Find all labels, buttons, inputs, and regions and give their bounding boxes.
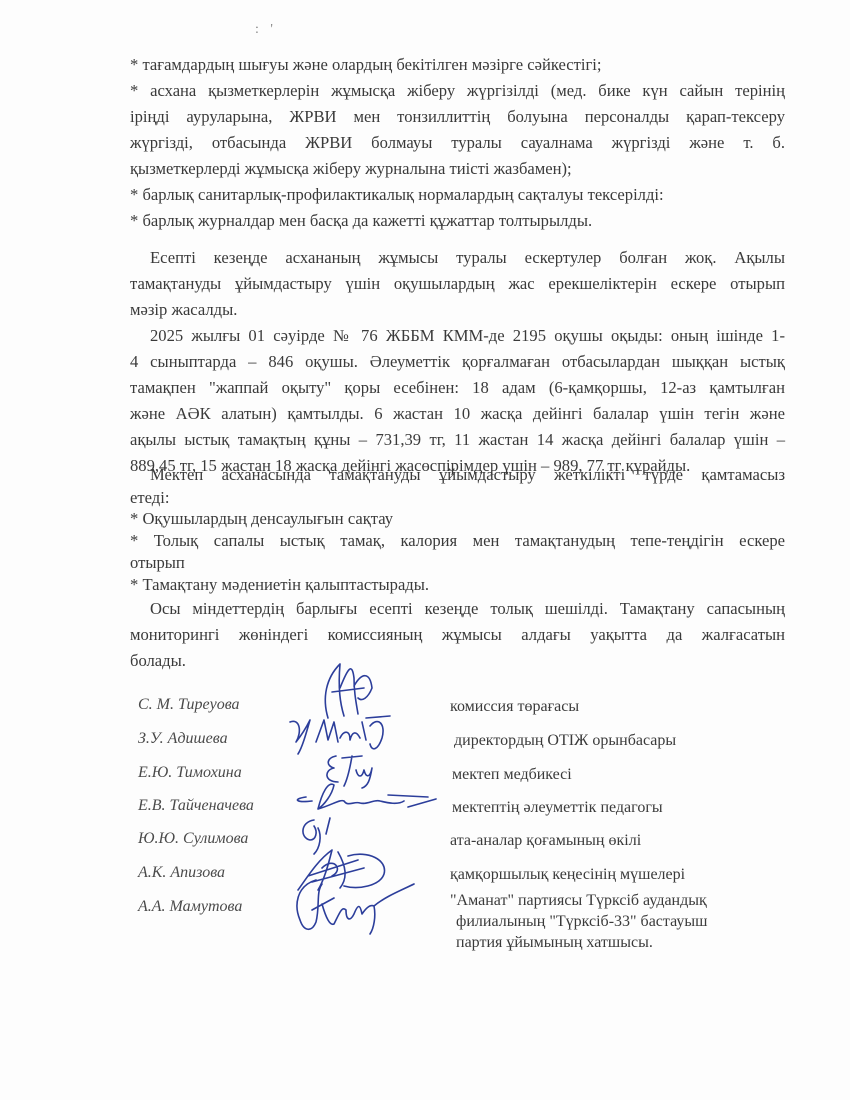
signature-row: Е.Ю. Тимохина мектеп медбикесі xyxy=(138,764,798,798)
text-line: * тағамдардың шығуы және олардың бекітіл… xyxy=(130,52,785,78)
text-line: мәзір жасалды. xyxy=(130,297,785,323)
signatory-role: қамқоршылық кеңесінің мүшелері xyxy=(450,864,685,885)
signature-row: З.У. Адишева директордың ОТІЖ орынбасары xyxy=(138,730,798,764)
scan-specks: : ' xyxy=(255,22,277,38)
text-line: * Тамақтану мәдениетін қалыптастырады. xyxy=(130,574,785,596)
signatory-role: директордың ОТІЖ орынбасары xyxy=(454,730,676,751)
text-line: тамақпен "жаппай оқыту" қоры есебінен: 1… xyxy=(130,375,785,401)
checklist-block: * тағамдардың шығуы және олардың бекітіл… xyxy=(130,52,785,234)
text-line: Осы міндеттердің барлығы есепті кезеңде … xyxy=(130,596,785,622)
signature-row: Е.В. Тайченачева мектептің әлеуметтік пе… xyxy=(138,797,798,831)
role-line: "Аманат" партиясы Түрксіб аудандық xyxy=(450,890,707,911)
text-line: болады. xyxy=(130,648,785,674)
text-line: * асхана қызметкерлерін жұмысқа жіберу ж… xyxy=(130,78,785,104)
document-page: : ' * тағамдардың шығуы және олардың бек… xyxy=(0,0,850,1100)
signatory-name: Е.В. Тайченачева xyxy=(138,797,254,815)
signatory-role: комиссия төрағасы xyxy=(450,696,579,717)
signature-row: А.А. Мамутова "Аманат" партиясы Түрксіб … xyxy=(138,898,798,968)
text-line: * барлық санитарлық-профилактикалық норм… xyxy=(130,182,785,208)
text-line: етеді: xyxy=(130,488,785,508)
signatory-role: мектеп медбикесі xyxy=(452,764,572,785)
text-line: * барлық журналдар мен басқа да кажетті … xyxy=(130,208,785,234)
handwritten-signature-icon xyxy=(286,876,416,936)
text-line: жүргізді, отбасында ЖРВИ болмауы туралы … xyxy=(130,130,785,156)
text-line: тамақтануды ұйымдастыру үшін оқушылардың… xyxy=(130,271,785,297)
signatory-name: Е.Ю. Тимохина xyxy=(138,764,242,782)
handwritten-signature-icon xyxy=(288,779,438,819)
signatory-role: ата-аналар қоғамының өкілі xyxy=(450,830,641,851)
text-line: 4 сыныптарда – 846 оқушы. Әлеуметтік қор… xyxy=(130,349,785,375)
text-line: * Оқушылардың денсаулығын сақтау xyxy=(130,508,785,530)
text-line: және АӘК алатын) қамтылды. 6 жастан 10 ж… xyxy=(130,401,785,427)
text-line: * Толық сапалы ыстық тамақ, калория мен … xyxy=(130,530,785,552)
signatory-name: С. М. Тиреуова xyxy=(138,696,240,714)
signatory-name: А.К. Апизова xyxy=(138,864,225,882)
role-line: партия ұйымының хатшысы. xyxy=(450,932,707,953)
report-paragraph: Есепті кезеңде асхананың жұмысы туралы е… xyxy=(130,245,785,479)
text-line: Мектеп асханасында тамақтануды ұйымдасты… xyxy=(130,462,785,488)
text-line: қызметкерлерді жұмысқа жіберу журналына … xyxy=(130,156,785,182)
signatory-name: З.У. Адишева xyxy=(138,730,228,748)
text-line: Есепті кезеңде асхананың жұмысы туралы е… xyxy=(130,245,785,271)
signatory-name: А.А. Мамутова xyxy=(138,898,242,916)
text-line: 2025 жылғы 01 сәуірде № 76 ЖББМ КММ-де 2… xyxy=(130,323,785,349)
conclusion-paragraph: Мектеп асханасында тамақтануды ұйымдасты… xyxy=(130,462,785,674)
text-line: іріңді ауруларына, ЖРВИ мен тонзиллиттің… xyxy=(130,104,785,130)
signatory-name: Ю.Ю. Сулимова xyxy=(138,830,248,848)
signatory-role: "Аманат" партиясы Түрксіб аудандық филиа… xyxy=(450,890,707,953)
text-line: ақылы ыстық тамақтың құны – 731,39 тг, 1… xyxy=(130,427,785,453)
role-line: филиалының "Түрксіб-33" бастауыш xyxy=(450,911,707,932)
text-line: мониторингі жөніндегі комиссияның жұмысы… xyxy=(130,622,785,648)
signature-row: С. М. Тиреуова комиссия төрағасы xyxy=(138,696,798,730)
signature-row: Ю.Ю. Сулимова ата-аналар қоғамының өкілі xyxy=(138,830,798,864)
text-line: отырып xyxy=(130,552,785,574)
signatory-role: мектептің әлеуметтік педагогы xyxy=(452,797,663,818)
